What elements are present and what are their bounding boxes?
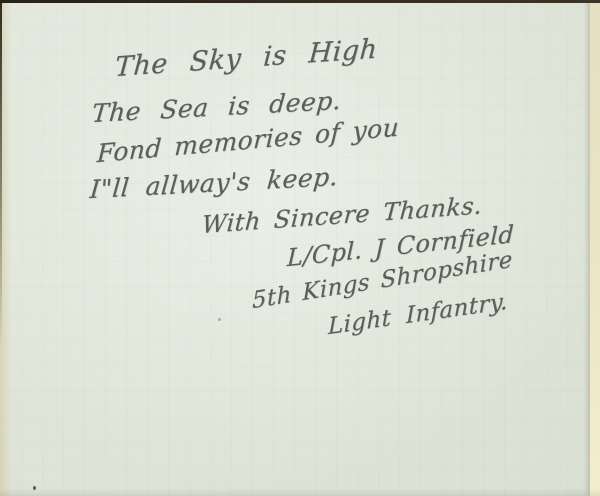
ink-speck [218, 318, 221, 321]
album-page-scan: The Sky is High The Sea is deep. Fond me… [0, 0, 600, 496]
page-top-edge [0, 0, 600, 3]
page-bottom-shadow [0, 488, 600, 496]
page-right-deckle-edge [590, 0, 600, 496]
page-left-edge-line [0, 0, 2, 347]
poem-line-1: The Sky is High [114, 34, 379, 84]
handwritten-inscription: The Sky is High The Sea is deep. Fond me… [0, 0, 600, 496]
poem-line-4: I"ll allway's keep. [89, 162, 340, 204]
